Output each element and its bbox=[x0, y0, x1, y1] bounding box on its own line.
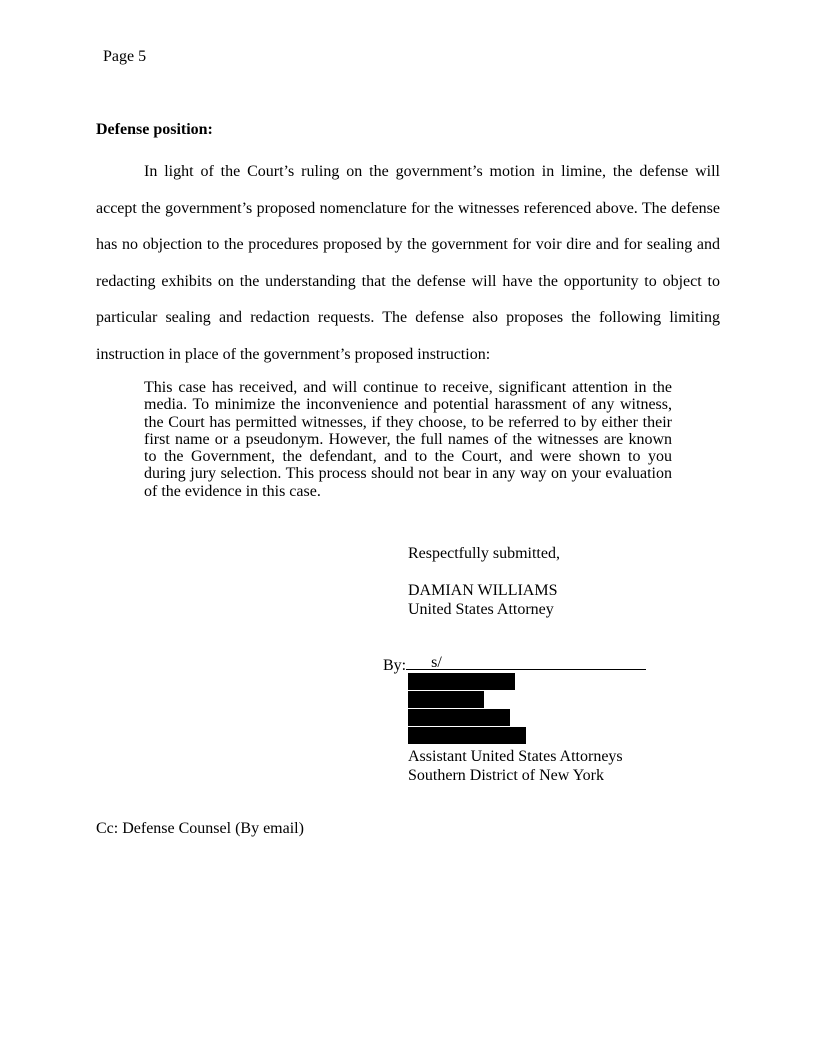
signatory-name: DAMIAN WILLIAMS bbox=[408, 581, 557, 600]
redaction-bar bbox=[408, 727, 526, 744]
signatory-title: United States Attorney bbox=[408, 600, 554, 619]
signature-mark: s/ bbox=[431, 654, 442, 672]
redaction-bar bbox=[408, 709, 510, 726]
redaction-bar bbox=[408, 673, 515, 690]
signature-by-line: By:s/ bbox=[383, 655, 646, 675]
redaction-bar bbox=[408, 691, 484, 708]
signatory-office: Southern District of New York bbox=[408, 766, 604, 785]
limiting-instruction-quote: This case has received, and will continu… bbox=[144, 379, 672, 500]
signatory-role: Assistant United States Attorneys bbox=[408, 747, 623, 766]
body-paragraph-text: In light of the Court’s ruling on the go… bbox=[96, 154, 720, 374]
page-number: Page 5 bbox=[103, 48, 146, 66]
cc-line: Cc: Defense Counsel (By email) bbox=[96, 820, 304, 838]
body-paragraph: In light of the Court’s ruling on the go… bbox=[96, 154, 720, 374]
section-heading: Defense position: bbox=[96, 121, 213, 139]
signature-line: s/ bbox=[406, 655, 646, 670]
by-label: By: bbox=[383, 657, 406, 674]
signature-closing: Respectfully submitted, bbox=[408, 544, 560, 563]
